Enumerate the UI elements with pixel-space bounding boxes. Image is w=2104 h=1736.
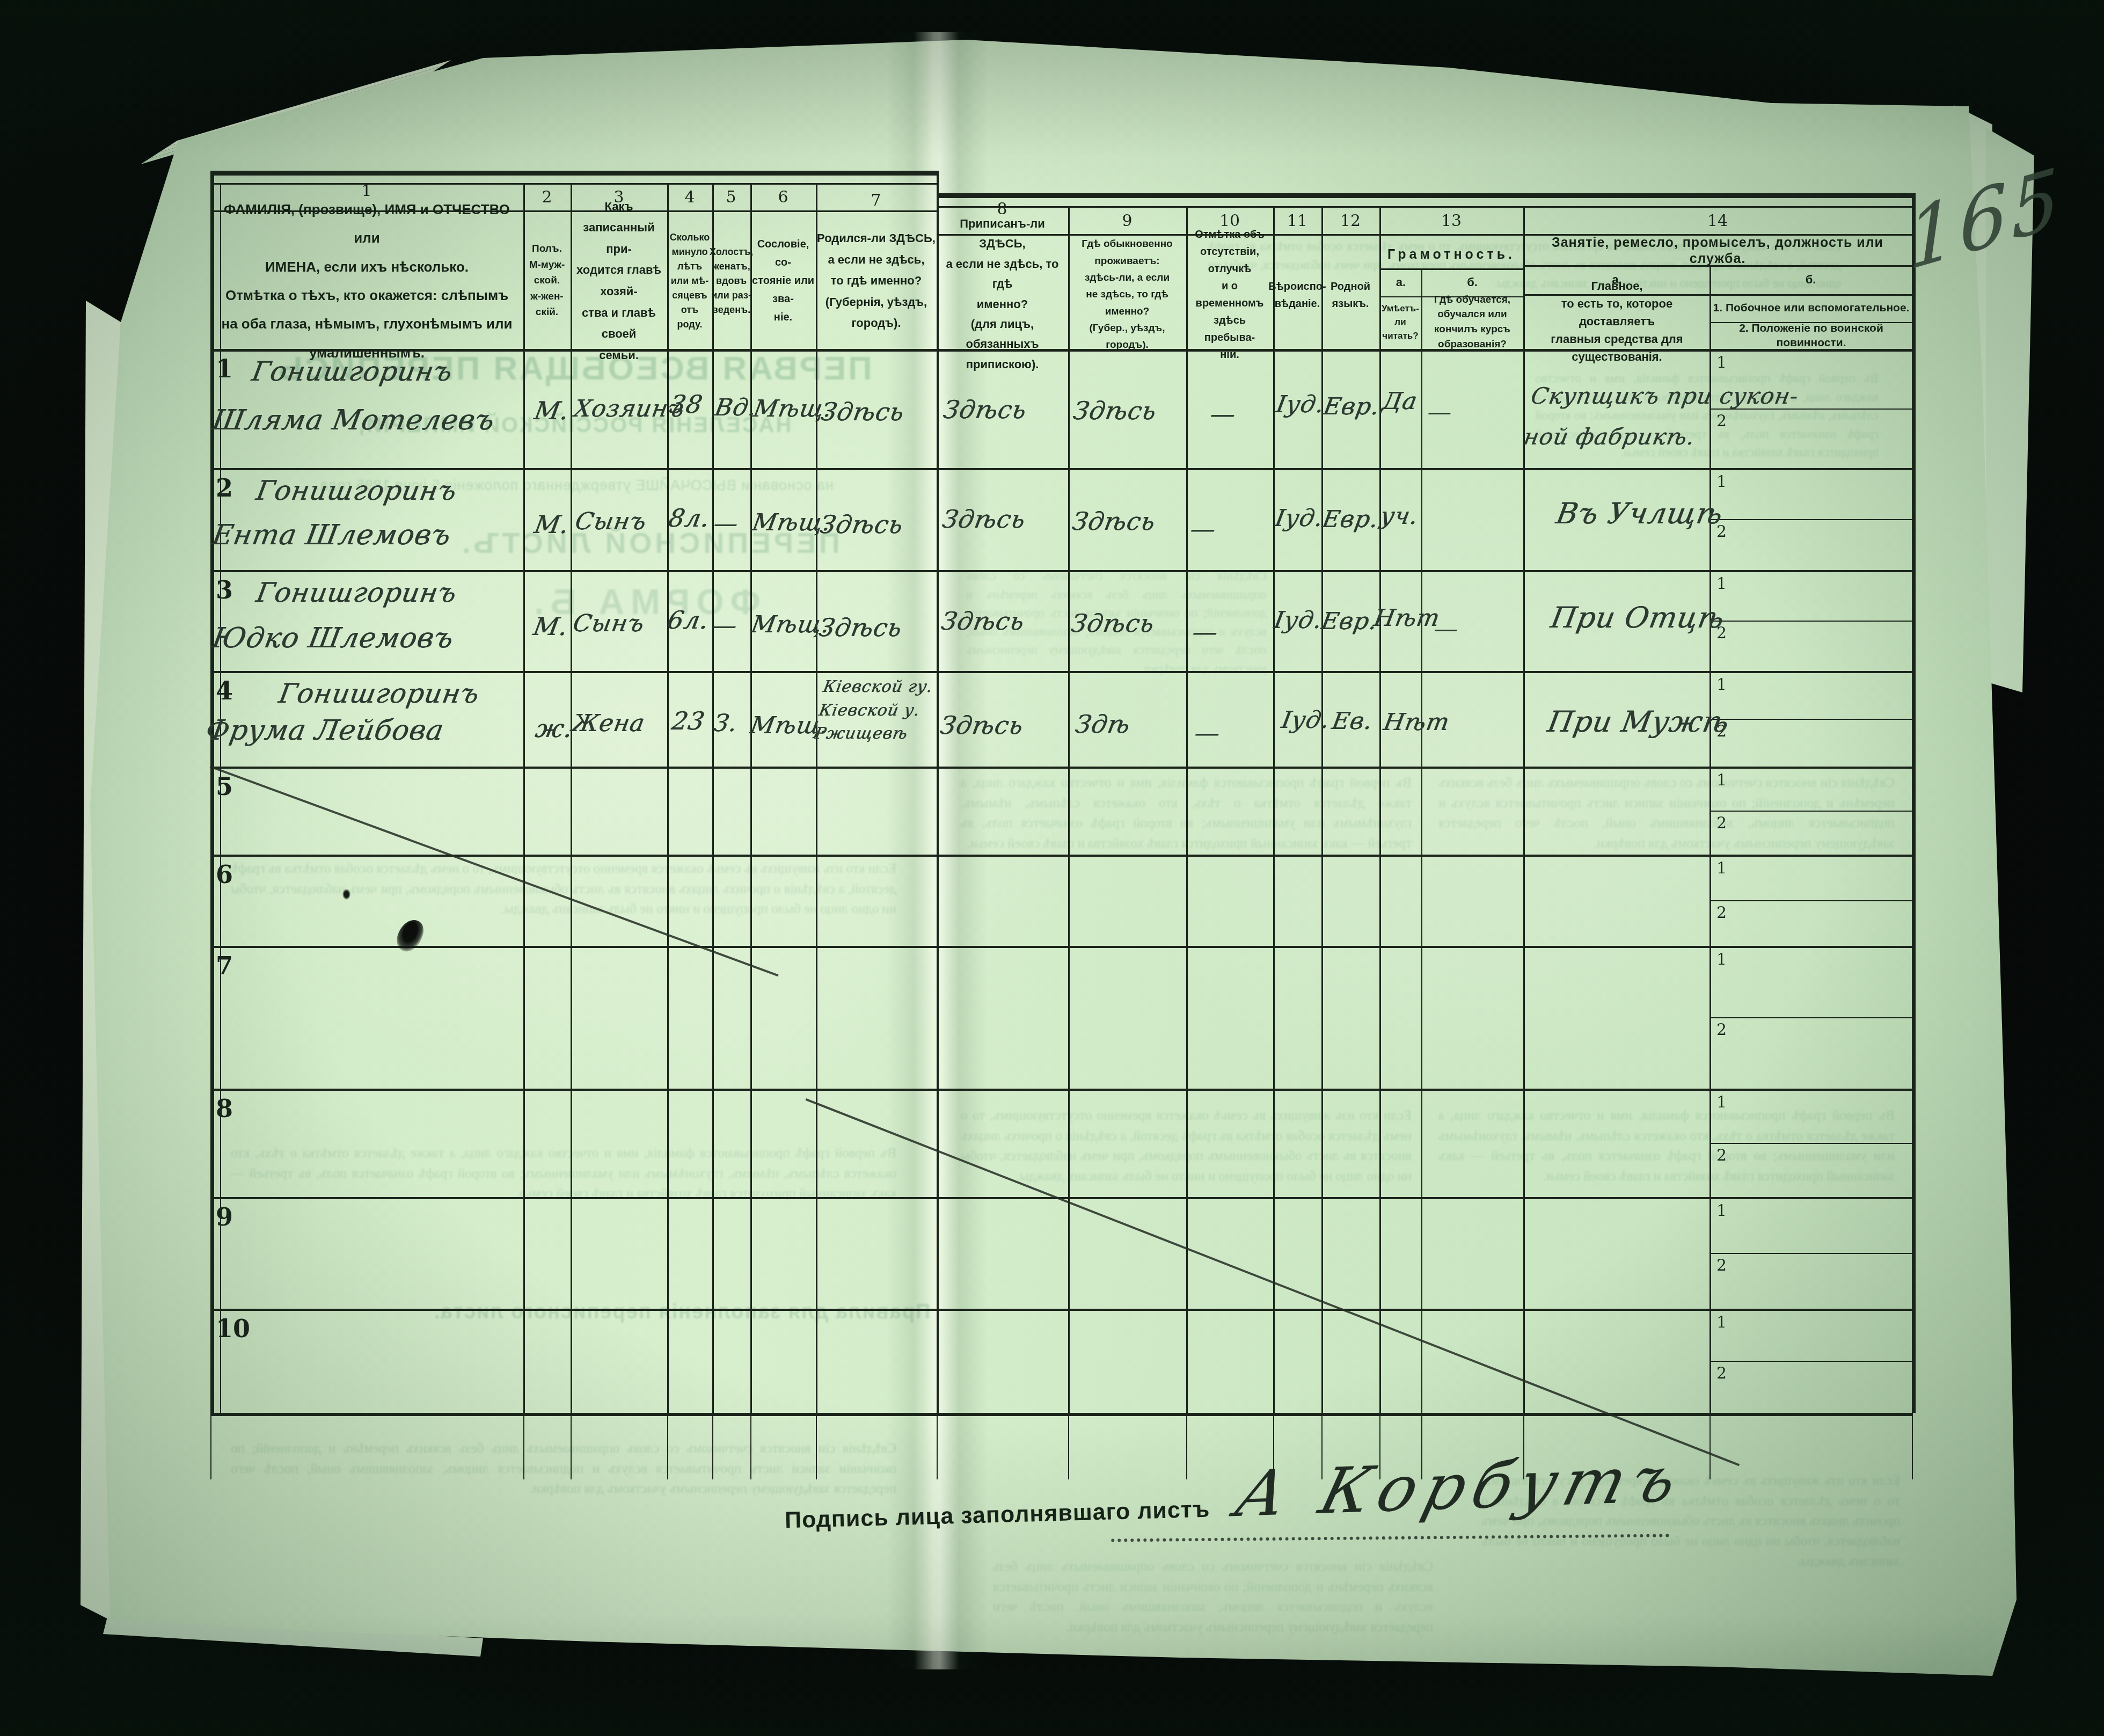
row-3-sex: М.: [531, 612, 570, 641]
row-10-side-label-1: 1: [1716, 1313, 1727, 1332]
column-header-c5: Холостъ, женатъ, вдовъ или раз- веденъ.: [712, 213, 750, 349]
row-6-side-label-2: 2: [1716, 903, 1727, 922]
row-2-marital-status: —: [711, 510, 740, 538]
table-line: [1186, 206, 1188, 1413]
column-header-c13-title: Грамотность.: [1380, 242, 1522, 267]
column-number-9: 9: [1122, 211, 1132, 230]
row-3-registration-place: Здѣсь: [939, 607, 1027, 636]
row-3-absence-note: —: [1190, 617, 1221, 647]
table-line: [210, 855, 1912, 857]
table-line: [1912, 193, 1916, 1413]
row-1-absence-note: —: [1208, 399, 1238, 429]
row-2-age: 8л.: [666, 504, 712, 533]
table-line: [1709, 1413, 1711, 1479]
column-header-c1: ФАМИЛІЯ, (прозвище), ИМЯ и ОТЧЕСТВО или …: [213, 214, 521, 349]
column-header-c14-a_text: Главное, то есть то, которое доставляетъ…: [1526, 294, 1707, 348]
table-line: [210, 1413, 211, 1479]
table-line: [1709, 719, 1912, 720]
table-line: [1273, 206, 1275, 1413]
row-1-education: —: [1425, 398, 1454, 427]
row-8-side-label-1: 1: [1716, 1093, 1727, 1112]
row-7-side-label-1: 1: [1716, 950, 1727, 969]
row-4-can-read: Нѣт: [1381, 709, 1451, 737]
row-3-can-read: Нѣт: [1371, 604, 1442, 633]
column-header-c14-title: Занятіе, ремесло, промыселъ, должность и…: [1525, 237, 1910, 264]
table-line: [937, 193, 1912, 198]
row-2-surname: Гонишгоринъ: [254, 475, 459, 507]
row-1-age: 38: [667, 390, 705, 419]
row-3-education: —: [1431, 615, 1460, 644]
ink-speck: [342, 889, 350, 900]
row-4-relation-to-head: Жена: [569, 710, 647, 738]
row-2-sex: М.: [532, 510, 571, 539]
row-3-occupation: При Отцѣ: [1546, 592, 1729, 644]
row-3-religion: Іуд.: [1272, 607, 1324, 635]
row-2-occupation: Въ Учлщѣ: [1552, 487, 1727, 539]
table-line: [667, 183, 669, 1413]
table-line: [667, 1413, 668, 1479]
column-header-c11: Вѣроиспо- вѣданіе.: [1274, 239, 1320, 352]
column-number-12: 12: [1340, 211, 1361, 230]
column-header-c6: Сословіе, со- стояніе или зва- ніе.: [750, 213, 816, 349]
column-number-7: 7: [871, 191, 881, 210]
row-5-number: 5: [216, 772, 233, 801]
row-2-birthplace: Здѣсь: [817, 510, 905, 539]
row-3-given-name: Юдко Шлемовъ: [209, 622, 456, 655]
table-line: [1186, 1413, 1187, 1479]
table-line: [210, 1309, 1912, 1311]
row-2-given-name: Ента Шлемовъ: [209, 519, 454, 552]
table-line: [712, 1413, 713, 1479]
row-8-side-label-2: 2: [1716, 1146, 1727, 1165]
row-3-birthplace: Здѣсь: [816, 613, 904, 643]
table-line: [1709, 621, 1912, 622]
row-4-native-language: Ев.: [1329, 707, 1375, 736]
table-line: [937, 1413, 938, 1479]
column-header-c8: Приписанъ-ли ЗДѢСЬ, а если не здѣсь, то …: [938, 236, 1067, 352]
table-line: [210, 171, 937, 176]
column-header-c3: Какъ записанный при- ходится главѣ хозяй…: [573, 213, 665, 349]
table-line: [1321, 206, 1323, 1413]
row-10-side-label-2: 2: [1716, 1364, 1727, 1383]
row-3-age: 6л.: [665, 606, 711, 635]
table-line: [1379, 206, 1381, 1413]
row-2-relation-to-head: Сынъ: [573, 508, 648, 536]
column-number-14: 14: [1707, 211, 1728, 230]
row-2-religion: Іуд.: [1273, 505, 1325, 533]
row-2-can-read: уч.: [1378, 502, 1420, 531]
row-4-marital-status: З.: [711, 710, 740, 738]
column-header-c9: Гдѣ обыкновенно проживаетъ: здѣсь-ли, а …: [1069, 236, 1185, 353]
table-line: [571, 183, 572, 1413]
row-2-residence: Здѣсь: [1070, 507, 1158, 536]
column-header-c12: Родной языкъ.: [1323, 239, 1378, 352]
table-line: [1709, 519, 1912, 520]
table-line: [210, 183, 937, 185]
column-header-c14-b_label: б.: [1711, 266, 1911, 293]
column-header-c7: Родился-ли ЗДѢСЬ, а если не здѣсь, то гд…: [817, 213, 936, 349]
column-header-c14-b_item1: 1. Побочное или вспомогательное.: [1712, 295, 1911, 321]
table-line: [1709, 1017, 1912, 1018]
table-line: [210, 946, 1912, 948]
column-number-11: 11: [1287, 211, 1307, 230]
row-3-number: 3: [216, 575, 233, 604]
table-line: [1068, 1413, 1069, 1479]
table-line: [523, 183, 525, 1413]
row-4-occupation: При Мужѣ: [1543, 696, 1733, 748]
row-1-given-name: Шляма Мотелевъ: [209, 404, 497, 437]
row-1-number: 1: [216, 354, 233, 383]
column-header-c13-b_text: Гдѣ обучается, обучался или кончилъ курс…: [1423, 296, 1521, 348]
row-1-birthplace: Здѣсь: [819, 397, 907, 427]
table-line: [1709, 1361, 1912, 1362]
row-1-registration-place: Здѣсь: [941, 395, 1029, 425]
table-line: [816, 183, 817, 1413]
row-1-can-read: Да: [1380, 388, 1419, 416]
table-line: [523, 1413, 524, 1479]
row-7-side-label-2: 2: [1716, 1020, 1727, 1039]
row-4-religion: Іуд.: [1279, 706, 1332, 735]
table-line: [1709, 900, 1912, 901]
table-line: [750, 1413, 751, 1479]
table-line: [1709, 811, 1912, 812]
table-line: [712, 183, 714, 1413]
column-number-13: 13: [1441, 211, 1462, 230]
column-number-6: 6: [778, 188, 788, 207]
row-4-age: 23: [669, 706, 707, 736]
table-line: [1709, 1143, 1912, 1144]
row-2-registration-place: Здѣсь: [940, 505, 1028, 534]
row-1-religion: Іуд.: [1274, 391, 1326, 419]
row-1-residence: Здѣсь: [1071, 396, 1159, 426]
table-line: [1379, 268, 1523, 270]
column-header-c14-b_item2: 2. Положеніе по воинской повинности.: [1712, 323, 1911, 348]
table-line: [937, 206, 1912, 208]
row-8-number: 8: [216, 1094, 233, 1123]
column-header-c13-a_label: а.: [1380, 271, 1421, 294]
column-number-5: 5: [726, 188, 736, 207]
table-line: [571, 1413, 572, 1479]
row-3-side-label-1: 1: [1716, 574, 1727, 593]
row-5-side-label-2: 2: [1716, 814, 1727, 833]
row-4-absence-note: —: [1192, 718, 1223, 748]
column-header-c13-a_text: Умѣетъ- ли читать?: [1379, 296, 1421, 348]
row-3-relation-to-head: Сынъ: [571, 610, 646, 638]
row-4-sex: ж.: [533, 714, 575, 743]
row-2-native-language: Евр.: [1320, 506, 1380, 534]
row-6-side-label-1: 1: [1716, 859, 1727, 878]
row-3-surname: Гонишгоринъ: [254, 577, 459, 609]
row-4-surname: Гонишгоринъ: [276, 677, 482, 710]
column-header-c4: Сколько минуло лѣтъ или мѣ- сяцевъ отъ р…: [667, 213, 712, 349]
row-4-residence: Здѣ: [1073, 710, 1133, 739]
column-header-c13-b_label: б.: [1422, 271, 1522, 294]
table-line: [1068, 206, 1070, 1413]
table-line: [1709, 1253, 1912, 1254]
row-5-side-label-1: 1: [1716, 771, 1727, 790]
row-10-number: 10: [216, 1314, 250, 1343]
row-7-number: 7: [216, 951, 233, 980]
row-4-given-name: Фрума Лейбова: [203, 714, 446, 747]
row-1-native-language: Евр.: [1321, 393, 1382, 421]
column-header-c10: Отмѣтка объ отсутствіи, отлучкѣ и о врем…: [1187, 236, 1272, 353]
photograph-of-census-sheet: ПЕРВАЯ ВСЕОБЩАЯ ПЕРЕПИСЬНАСЕЛЕНІЯ РОССІЙ…: [0, 0, 2104, 1736]
table-line: [1912, 1413, 1913, 1479]
table-line: [210, 1413, 1912, 1416]
row-2-number: 2: [216, 473, 233, 502]
row-9-side-label-1: 1: [1716, 1201, 1727, 1220]
row-6-number: 6: [216, 860, 233, 889]
row-1-side-label-1: 1: [1716, 353, 1727, 372]
row-3-marital-status: —: [710, 612, 739, 640]
table-line: [816, 1413, 817, 1479]
row-1-occupation: Скупщикъ при сукон- ной фабрикѣ.: [1521, 376, 1802, 457]
table-line: [210, 671, 1912, 673]
table-line: [750, 183, 752, 1413]
table-line: [1421, 268, 1422, 1413]
column-number-2: 2: [542, 188, 552, 207]
table-line: [210, 570, 1912, 572]
row-1-sex: М.: [532, 396, 571, 426]
row-4-birthplace: Кіевской гу. Кіевской у. Ржищевѣ: [813, 675, 934, 746]
row-3-native-language: Евр.: [1319, 608, 1379, 636]
row-1-surname: Гонишгоринъ: [250, 355, 455, 388]
row-9-number: 9: [216, 1202, 233, 1231]
row-2-absence-note: —: [1188, 514, 1218, 544]
row-4-side-label-1: 1: [1716, 675, 1727, 694]
column-header-c2: Полъ. М-муж- ской. ж-жен- скій.: [523, 213, 571, 349]
row-9-side-label-2: 2: [1716, 1256, 1727, 1275]
row-4-registration-place: Здѣсь: [938, 711, 1026, 740]
table-line: [1523, 206, 1525, 1413]
row-3-residence: Здѣсь: [1069, 609, 1157, 638]
table-line: [210, 767, 1912, 769]
column-number-4: 4: [684, 188, 695, 207]
table-line: [210, 468, 1912, 470]
table-line: [210, 1089, 1912, 1091]
row-4-number: 4: [216, 676, 233, 705]
